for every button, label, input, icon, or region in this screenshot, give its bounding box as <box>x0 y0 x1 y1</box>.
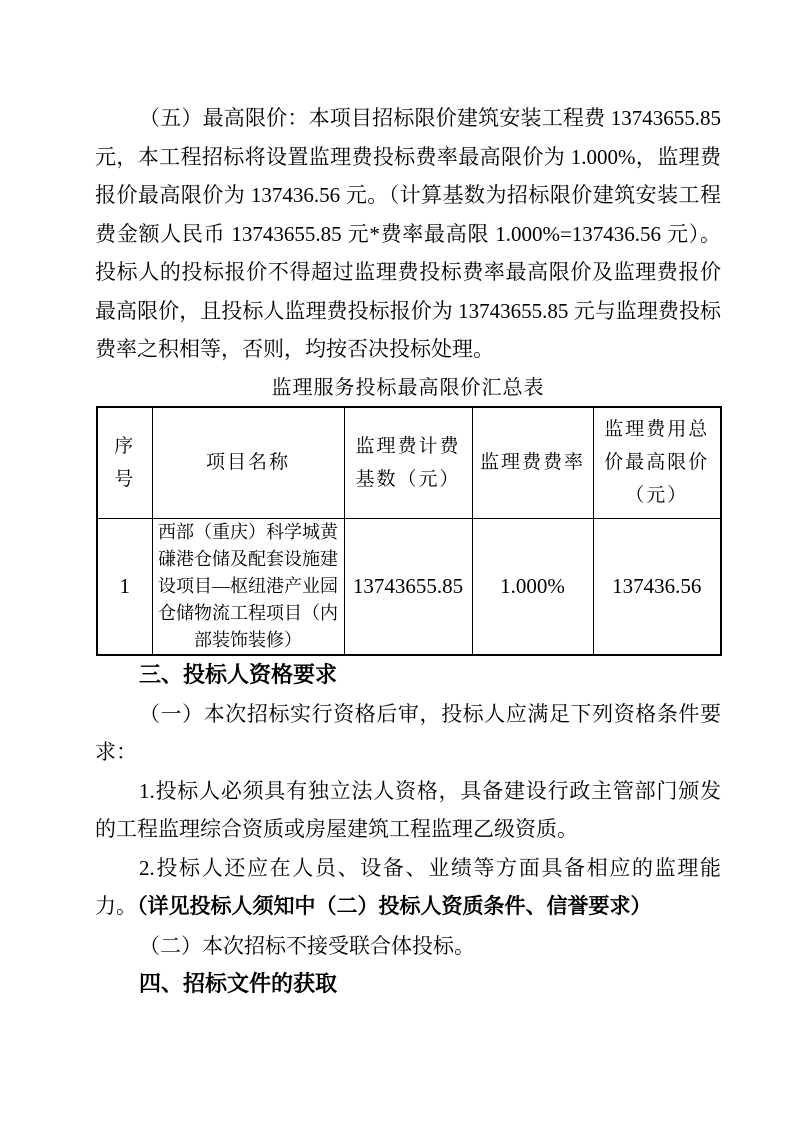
price-summary-table: 序号 项目名称 监理费计费基数（元） 监理费费率 监理费用总价最高限价（元） 1… <box>96 406 722 657</box>
paragraph-max-price-limit: （五）最高限价：本项目招标限价建筑安装工程费 13743655.85 元，本工程… <box>95 99 721 369</box>
col-header-fee-base: 监理费计费基数（元） <box>344 407 472 519</box>
cell-fee-base: 13743655.85 <box>344 519 472 656</box>
cell-seq-no: 1 <box>97 519 152 656</box>
col-header-max-total-price: 监理费用总价最高限价（元） <box>593 407 721 519</box>
col-header-project-name: 项目名称 <box>152 407 344 519</box>
qualification-2-bold-note: （详见投标人须知中（二）投标人资质条件、信誉要求） <box>137 895 652 918</box>
cell-fee-rate: 1.000% <box>472 519 593 656</box>
table-row: 1 西部（重庆）科学城黄磏港仓储及配套设施建设项目—枢纽港产业园仓储物流工程项目… <box>97 519 721 656</box>
table-title: 监理服务投标最高限价汇总表 <box>95 372 721 404</box>
paragraph-qualification-requirement-1: 1.投标人必须具有独立法人资格，具备建设行政主管部门颁发的工程监理综合资质或房屋… <box>95 772 721 849</box>
document-page: （五）最高限价：本项目招标限价建筑安装工程费 13743655.85 元，本工程… <box>0 0 793 1122</box>
paragraph-no-consortium: （二）本次招标不接受联合体投标。 <box>95 927 721 966</box>
cell-max-total-price: 137436.56 <box>593 519 721 656</box>
col-header-seq-no: 序号 <box>97 407 152 519</box>
table-header-row: 序号 项目名称 监理费计费基数（元） 监理费费率 监理费用总价最高限价（元） <box>97 407 721 519</box>
section-heading-bidder-qualification: 三、投标人资格要求 <box>95 656 721 695</box>
col-header-fee-rate: 监理费费率 <box>472 407 593 519</box>
paragraph-post-qualification-review: （一）本次招标实行资格后审，投标人应满足下列资格条件要求： <box>95 695 721 772</box>
section-heading-obtain-documents: 四、招标文件的获取 <box>95 965 721 1004</box>
paragraph-qualification-requirement-2: 2.投标人还应在人员、设备、业绩等方面具备相应的监理能力。（详见投标人须知中（二… <box>95 849 721 927</box>
cell-project-name: 西部（重庆）科学城黄磏港仓储及配套设施建设项目—枢纽港产业园仓储物流工程项目（内… <box>152 519 344 656</box>
